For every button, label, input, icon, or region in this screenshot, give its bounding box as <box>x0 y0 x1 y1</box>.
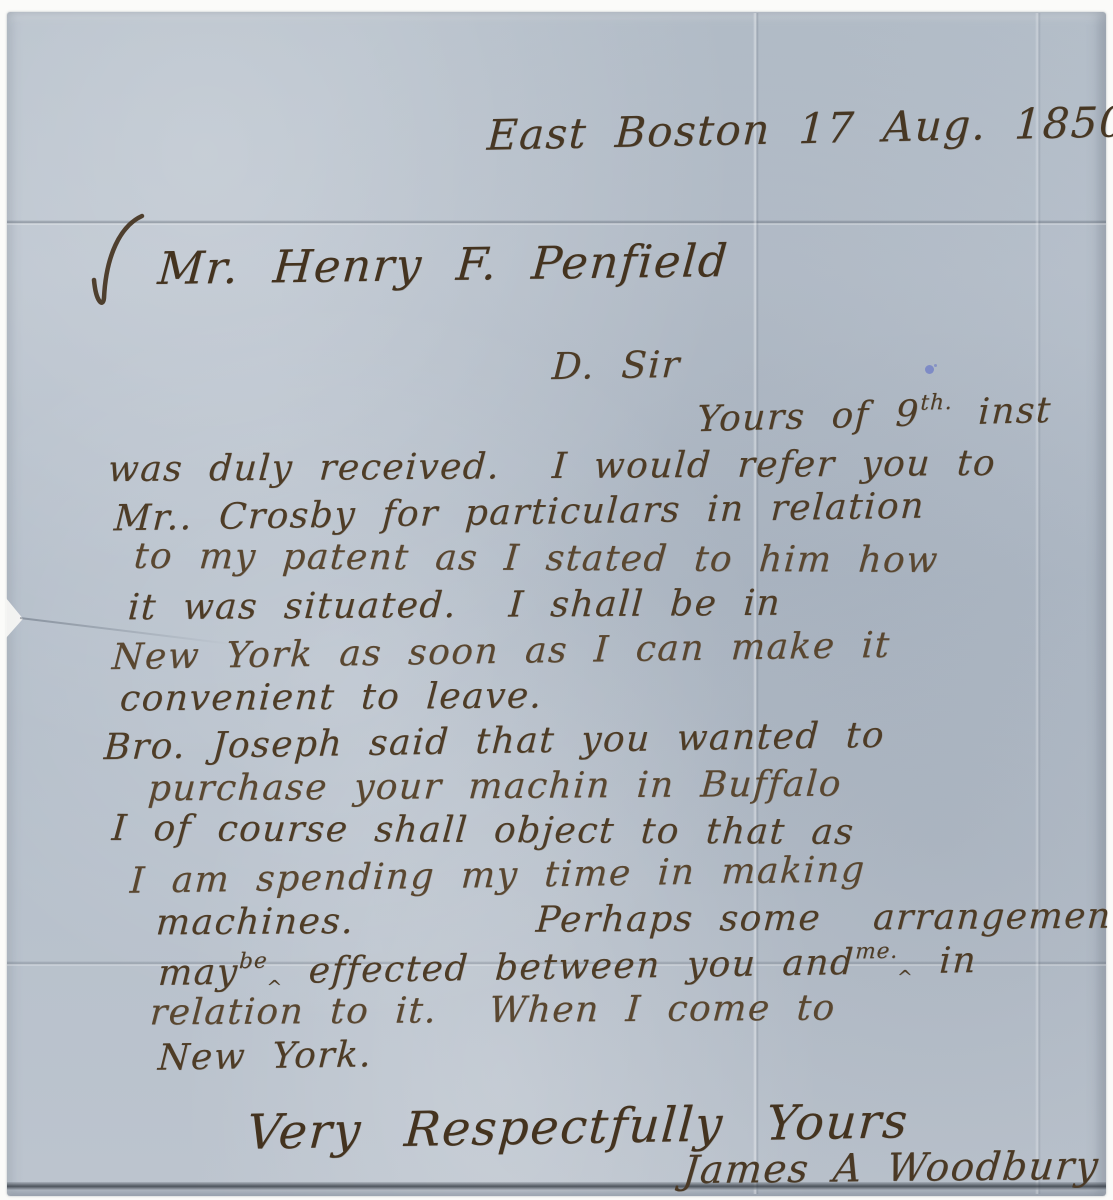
interline-middle: effected between you and <box>282 942 856 992</box>
opening-line: Yours of 9th. inst <box>696 387 1053 440</box>
insertion-caret: ^ <box>896 967 913 988</box>
opening-superscript: th. <box>920 390 954 416</box>
interline-before: may <box>157 952 240 994</box>
addressee-line: Mr. Henry F. Penfield <box>156 234 730 295</box>
opening-text-end: inst <box>951 390 1052 434</box>
signature: James A Woodbury <box>681 1144 1101 1193</box>
inserted-word-be: be <box>238 949 268 974</box>
blue-ink-spot <box>925 365 934 374</box>
salutation: D. Sir <box>551 343 682 388</box>
body-line: relation to it. When I come to <box>149 988 837 1034</box>
interline-after: in <box>912 940 978 982</box>
letter-scan-page: { "paper": { "color": "#b6c0cb", "ink_co… <box>0 0 1113 1200</box>
body-line: to my patent as I stated to him how <box>132 536 940 581</box>
inserted-word-me: me. <box>855 939 899 965</box>
body-line: New York. <box>157 1034 374 1078</box>
pen-flourish <box>86 210 158 314</box>
body-line: I of course shall object to that as <box>110 808 856 853</box>
body-line: purchase your machin in Buffalo <box>147 764 844 810</box>
body-line: machines. Perhaps some arrangement <box>155 896 1113 944</box>
body-line: it was situated. I shall be in <box>127 583 783 629</box>
body-line: was duly received. I would refer you to <box>107 443 998 490</box>
body-line: convenient to leave. <box>119 676 544 720</box>
opening-text: Yours of 9 <box>696 393 921 440</box>
